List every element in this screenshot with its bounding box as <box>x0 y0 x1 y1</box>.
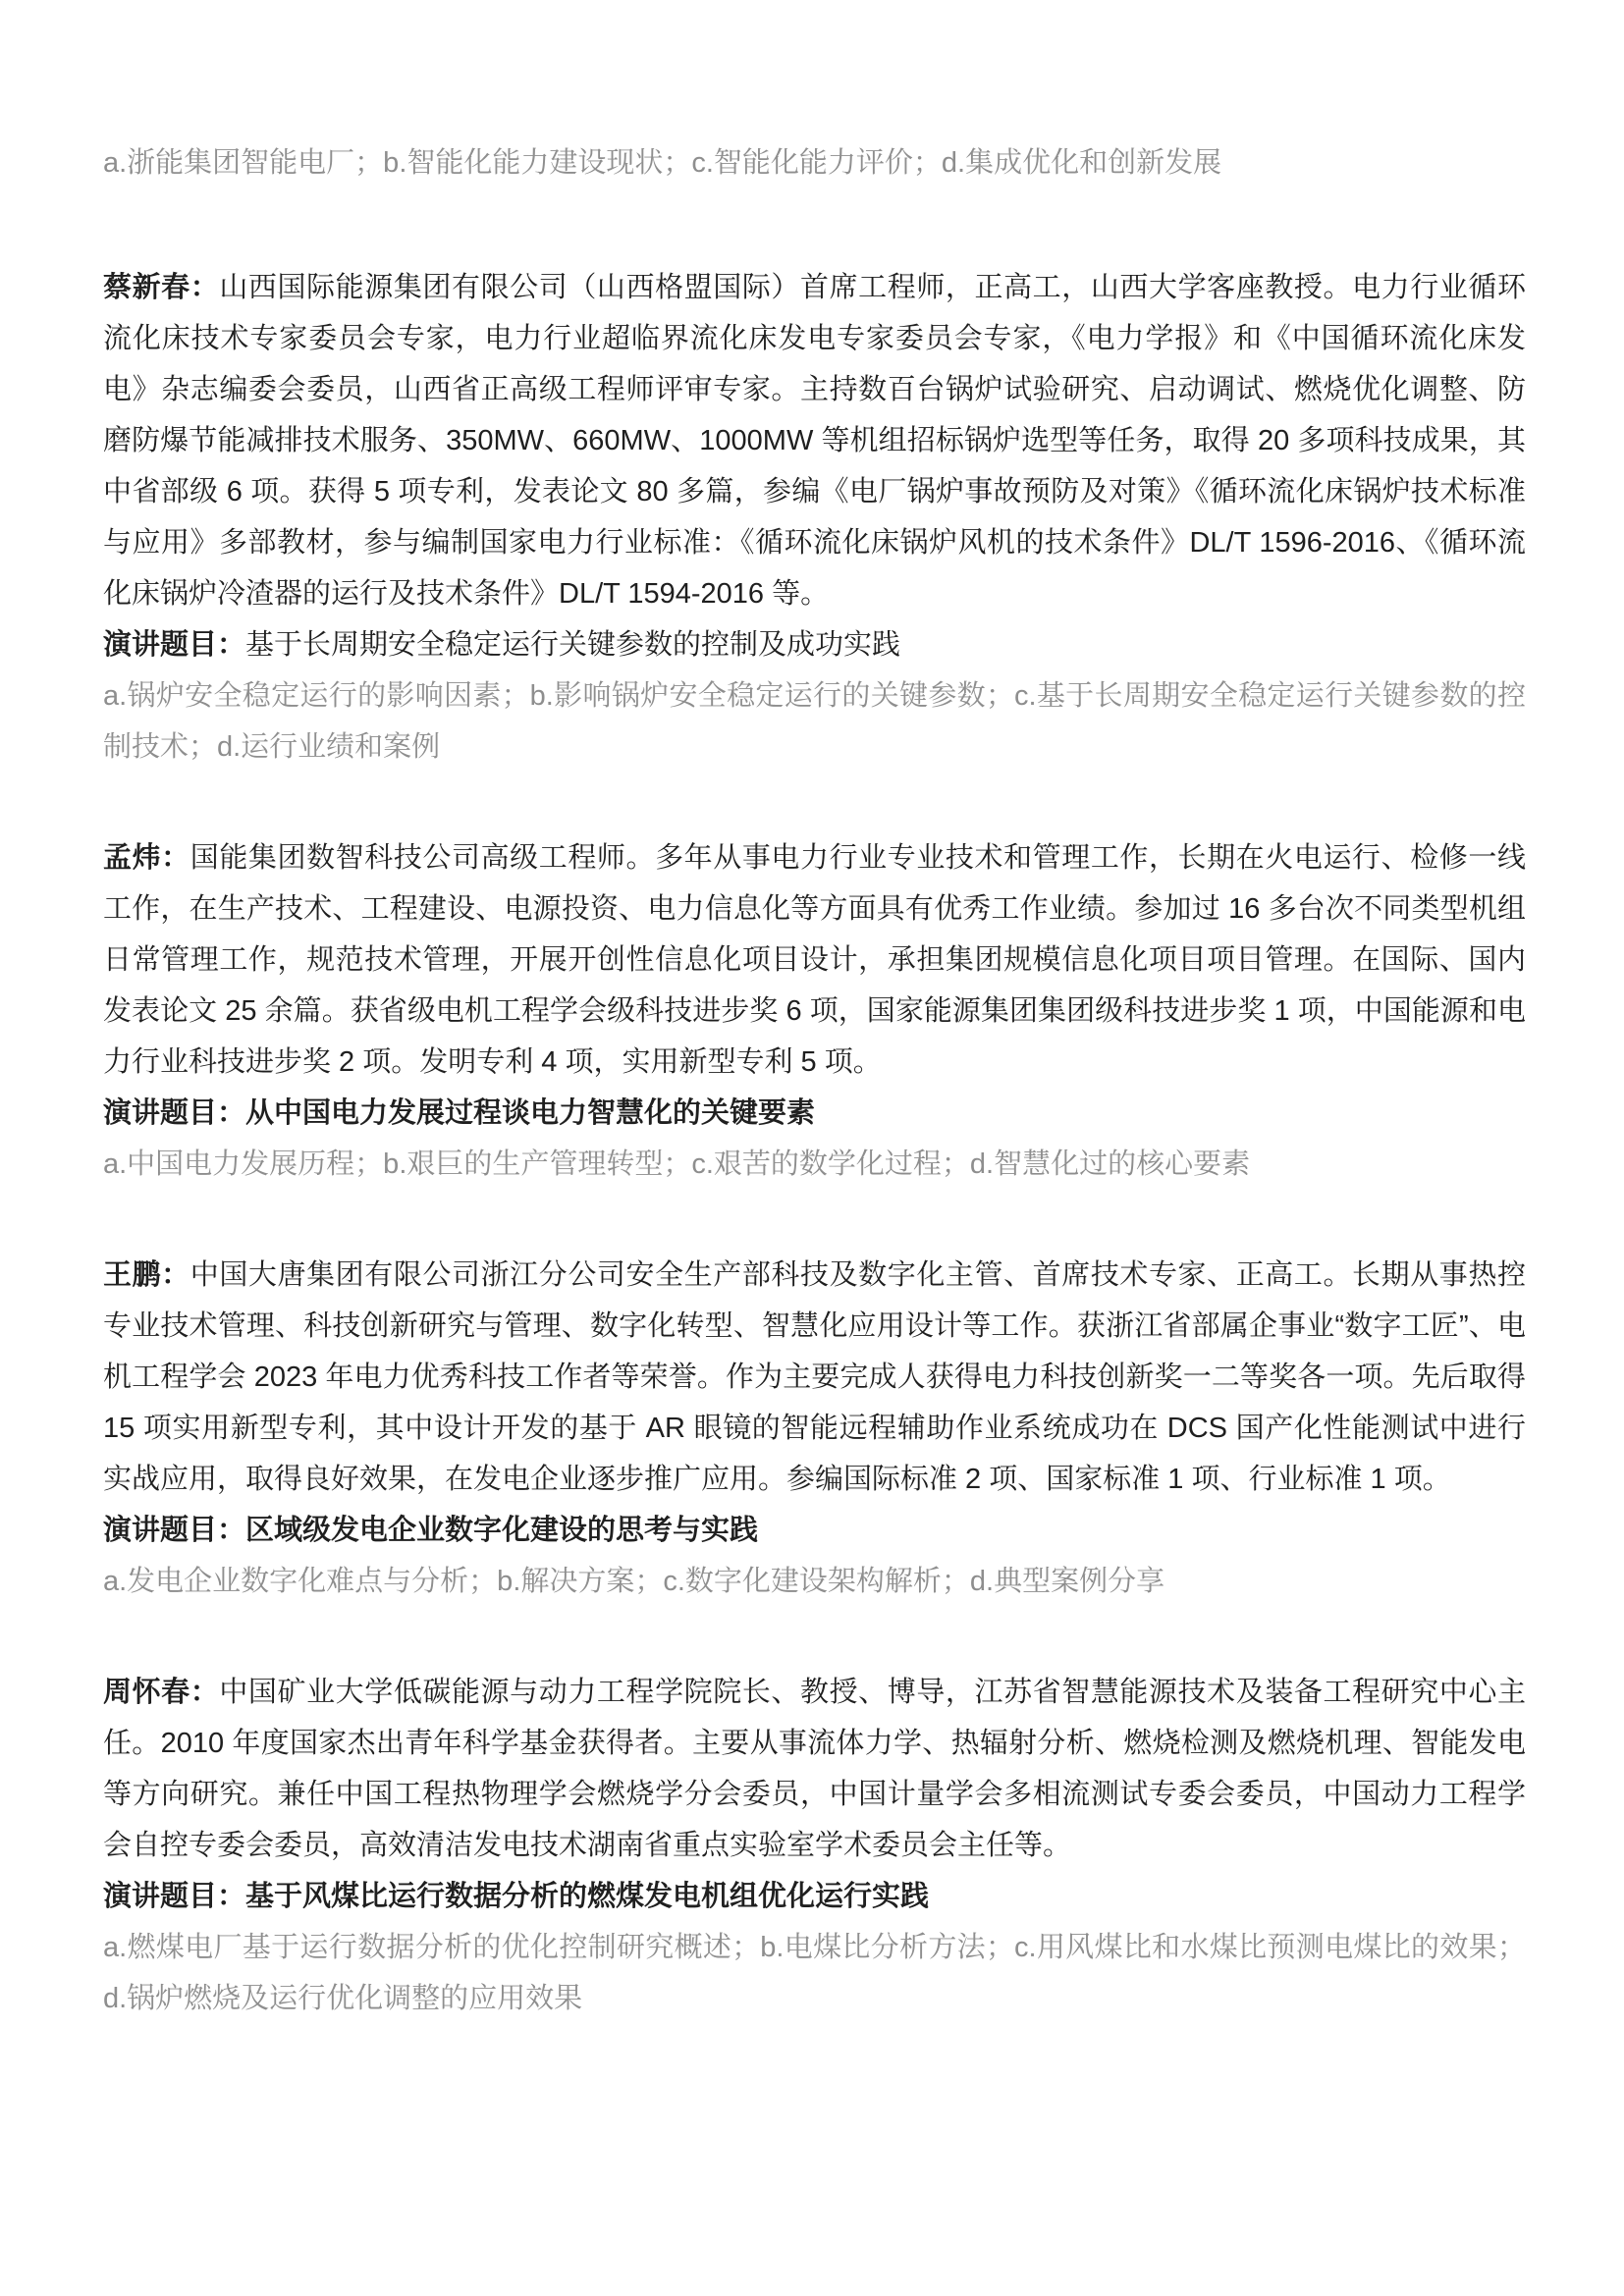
speaker-bio-text: 中国大唐集团有限公司浙江分公司安全生产部科技及数字化主管、首席技术专家、正高工。… <box>103 1259 1526 1495</box>
speaker-bio: 王鹏：中国大唐集团有限公司浙江分公司安全生产部科技及数字化主管、首席技术专家、正… <box>103 1250 1526 1505</box>
topics-line-continued: a.浙能集团智能电厂；b.智能化能力建设现状；c.智能化能力评价；d.集成优化和… <box>103 137 1526 188</box>
speaker-section-zhouhuaichun: 周怀春：中国矿业大学低碳能源与动力工程学院院长、教授、博导，江苏省智慧能源技术及… <box>103 1667 1526 2024</box>
speaker-bio: 蔡新春：山西国际能源集团有限公司（山西格盟国际）首席工程师，正高工，山西大学客座… <box>103 262 1526 619</box>
speaker-bio-text: 山西国际能源集团有限公司（山西格盟国际）首席工程师，正高工，山西大学客座教授。电… <box>103 272 1526 610</box>
speech-title: 演讲题目：从中国电力发展过程谈电力智慧化的关键要素 <box>103 1088 1526 1139</box>
speech-title: 演讲题目：区域级发电企业数字化建设的思考与实践 <box>103 1505 1526 1556</box>
speech-title: 演讲题目：基于风煤比运行数据分析的燃煤发电机组优化运行实践 <box>103 1871 1526 1922</box>
speaker-name: 周怀春： <box>103 1677 219 1708</box>
speaker-bio: 孟炜：国能集团数智科技公司高级工程师。多年从事电力行业专业技术和管理工作，长期在… <box>103 832 1526 1088</box>
speaker-section-caixinchun: 蔡新春：山西国际能源集团有限公司（山西格盟国际）首席工程师，正高工，山西大学客座… <box>103 262 1526 773</box>
document-page: a.浙能集团智能电厂；b.智能化能力建设现状；c.智能化能力评价；d.集成优化和… <box>0 0 1624 2296</box>
speaker-bio-text: 国能集团数智科技公司高级工程师。多年从事电力行业专业技术和管理工作，长期在火电运… <box>103 842 1526 1078</box>
speaker-bio-text: 中国矿业大学低碳能源与动力工程学院院长、教授、博导，江苏省智慧能源技术及装备工程… <box>103 1677 1526 1861</box>
speech-topics: a.锅炉安全稳定运行的影响因素；b.影响锅炉安全稳定运行的关键参数；c.基于长周… <box>103 670 1526 773</box>
speaker-section-mengwei: 孟炜：国能集团数智科技公司高级工程师。多年从事电力行业专业技术和管理工作，长期在… <box>103 832 1526 1190</box>
speech-title-label: 演讲题目： <box>103 1097 245 1129</box>
speech-title-label: 演讲题目： <box>103 1881 245 1912</box>
speech-title-text: 从中国电力发展过程谈电力智慧化的关键要素 <box>245 1097 815 1129</box>
speech-title-text: 区域级发电企业数字化建设的思考与实践 <box>245 1515 758 1546</box>
speaker-name: 蔡新春： <box>103 272 219 303</box>
speaker-name: 王鹏： <box>103 1259 190 1291</box>
speech-topics: a.发电企业数字化难点与分析；b.解决方案；c.数字化建设架构解析；d.典型案例… <box>103 1556 1526 1607</box>
speech-topics: a.燃煤电厂基于运行数据分析的优化控制研究概述；b.电煤比分析方法；c.用风煤比… <box>103 1922 1526 2024</box>
speech-title-text: 基于长周期安全稳定运行关键参数的控制及成功实践 <box>245 629 900 661</box>
speech-topics: a.中国电力发展历程；b.艰巨的生产管理转型；c.艰苦的数学化过程；d.智慧化过… <box>103 1139 1526 1190</box>
speech-title-text: 基于风煤比运行数据分析的燃煤发电机组优化运行实践 <box>245 1881 929 1912</box>
speech-title-label: 演讲题目： <box>103 1515 245 1546</box>
speech-title-label: 演讲题目： <box>103 629 245 661</box>
speaker-bio: 周怀春：中国矿业大学低碳能源与动力工程学院院长、教授、博导，江苏省智慧能源技术及… <box>103 1667 1526 1871</box>
speech-title: 演讲题目：基于长周期安全稳定运行关键参数的控制及成功实践 <box>103 619 1526 670</box>
speaker-name: 孟炜： <box>103 842 190 874</box>
speaker-section-wangpeng: 王鹏：中国大唐集团有限公司浙江分公司安全生产部科技及数字化主管、首席技术专家、正… <box>103 1250 1526 1607</box>
